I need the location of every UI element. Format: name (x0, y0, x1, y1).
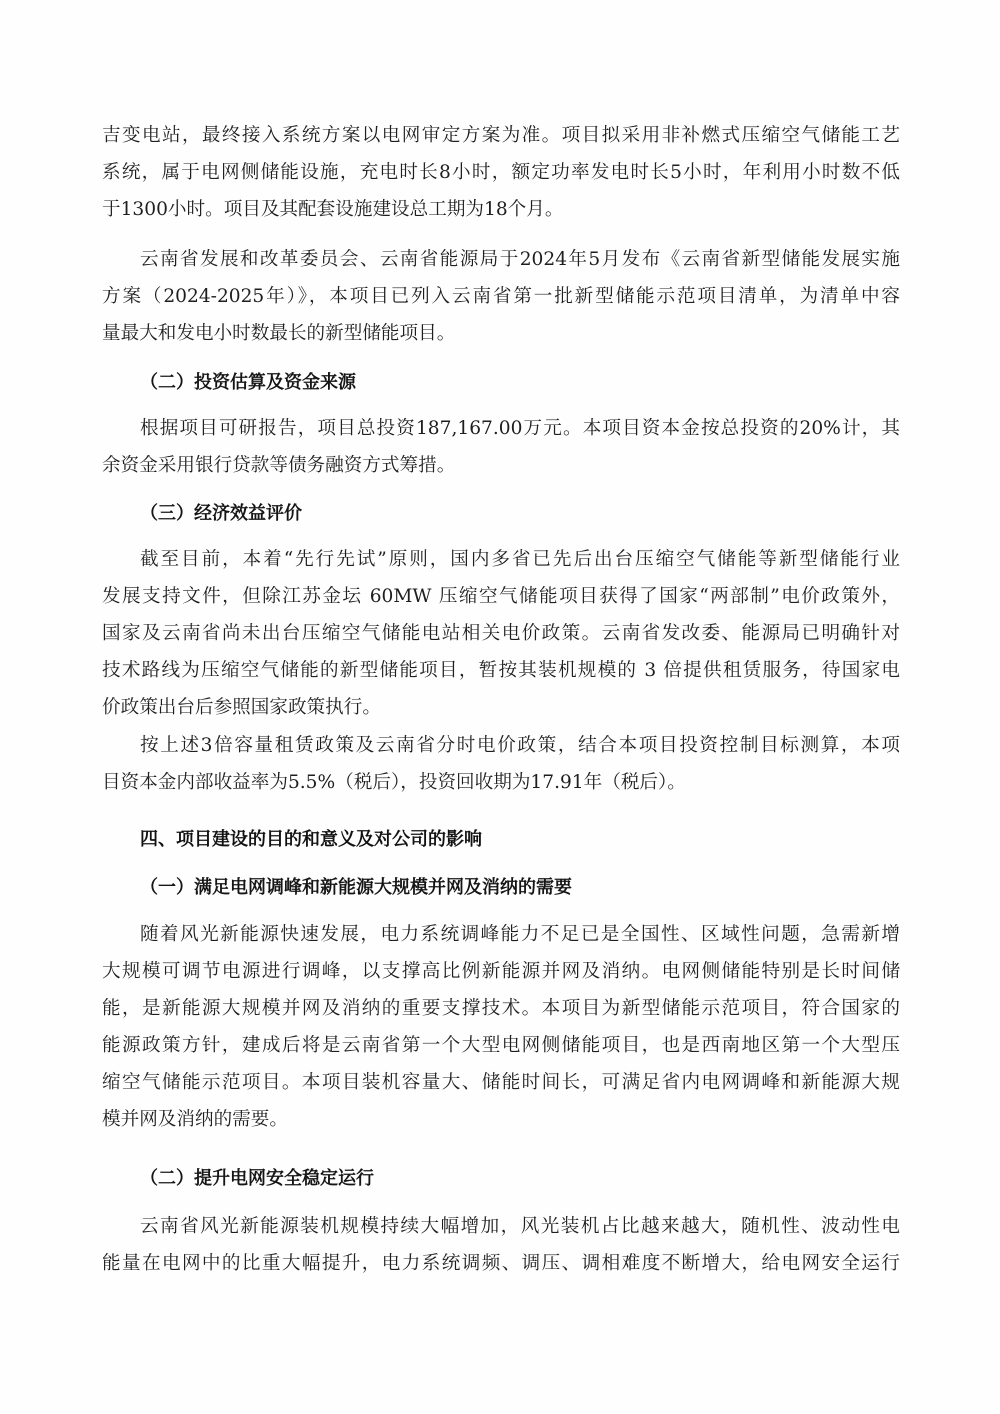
section-subheading: （三）经济效益评价 (140, 501, 840, 527)
paragraph-line: 云南省发展和改革委员会、云南省能源局于2024年5月发布《云南省新型储能发展实施 (140, 247, 900, 273)
paragraph-line: 能源政策方针，建成后将是云南省第一个大型电网侧储能项目，也是西南地区第一个大型压 (102, 1033, 900, 1059)
paragraph-line: 于1300小时。项目及其配套设施建设总工期为18个月。 (102, 197, 900, 223)
paragraph-line: 能，是新能源大规模并网及消纳的重要支撑技术。本项目为新型储能示范项目，符合国家的 (102, 996, 900, 1022)
section-subheading: （一）满足电网调峰和新能源大规模并网及消纳的需要 (140, 875, 840, 901)
paragraph-line: 大规模可调节电源进行调峰，以支撑高比例新能源并网及消纳。电网侧储能特别是长时间储 (102, 959, 900, 985)
paragraph-line: 国家及云南省尚未出台压缩空气储能电站相关电价政策。云南省发改委、能源局已明确针对 (102, 621, 900, 647)
section-subheading: （二）提升电网安全稳定运行 (140, 1166, 840, 1192)
paragraph-line: 截至目前，本着“先行先试”原则，国内多省已先后出台压缩空气储能等新型储能行业 (140, 547, 900, 573)
paragraph-line: 能量在电网中的比重大幅提升，电力系统调频、调压、调相难度不断增大，给电网安全运行 (102, 1251, 900, 1277)
paragraph-line: 发展支持文件，但除江苏金坛 60MW 压缩空气储能项目获得了国家“两部制”电价政… (102, 584, 900, 610)
paragraph-line: 目资本金内部收益率为5.5%（税后），投资回收期为17.91年（税后）。 (102, 770, 900, 796)
paragraph-line: 技术路线为压缩空气储能的新型储能项目，暂按其装机规模的 3 倍提供租赁服务，待国… (102, 658, 900, 684)
section-heading: 四、项目建设的目的和意义及对公司的影响 (140, 827, 840, 853)
section-subheading: （二）投资估算及资金来源 (140, 370, 840, 396)
paragraph-line: 根据项目可研报告，项目总投资187,167.00万元。本项目资本金按总投资的20… (140, 416, 900, 442)
paragraph-line: 模并网及消纳的需要。 (102, 1107, 900, 1133)
paragraph-line: 方案（2024-2025年）》，本项目已列入云南省第一批新型储能示范项目清单，为… (102, 284, 900, 310)
paragraph-line: 按上述3倍容量租赁政策及云南省分时电价政策，结合本项目投资控制目标测算，本项 (140, 733, 900, 759)
paragraph-line: 随着风光新能源快速发展，电力系统调峰能力不足已是全国性、区域性问题，急需新增 (140, 922, 900, 948)
paragraph-line: 缩空气储能示范项目。本项目装机容量大、储能时间长，可满足省内电网调峰和新能源大规 (102, 1070, 900, 1096)
paragraph-line: 量最大和发电小时数最长的新型储能项目。 (102, 321, 900, 347)
document-page: 吉变电站，最终接入系统方案以电网审定方案为准。项目拟采用非补燃式压缩空气储能工艺… (0, 0, 1000, 1414)
paragraph-line: 云南省风光新能源装机规模持续大幅增加，风光装机占比越来越大，随机性、波动性电 (140, 1214, 900, 1240)
paragraph-line: 价政策出台后参照国家政策执行。 (102, 695, 900, 721)
paragraph-line: 系统，属于电网侧储能设施，充电时长8小时，额定功率发电时长5小时，年利用小时数不… (102, 160, 900, 186)
paragraph-line: 余资金采用银行贷款等债务融资方式筹措。 (102, 453, 900, 479)
paragraph-line: 吉变电站，最终接入系统方案以电网审定方案为准。项目拟采用非补燃式压缩空气储能工艺 (102, 123, 900, 149)
